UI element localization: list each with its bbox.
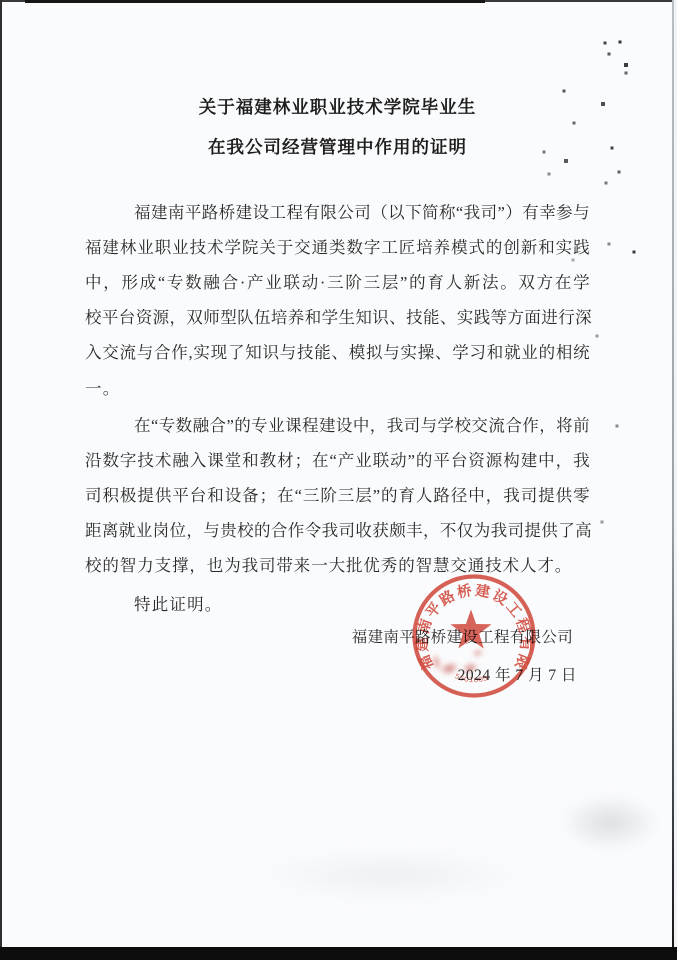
body-line: 沿数字技术融入课堂和教材；在“产业联动”的平台资源构建中，我 <box>85 444 590 478</box>
body-line: 入交流与合作,实现了知识与技能、模拟与实操、学习和就业的相统 <box>85 336 590 370</box>
body-line: 司积极提供平台和设备；在“三阶三层”的育人路径中，我司提供零 <box>85 479 590 513</box>
body-line: 在“专数融合”的专业课程建设中，我司与学校交流合作，将前 <box>85 409 590 443</box>
document-title-line-1: 关于福建林业职业技术学院毕业生 <box>85 95 590 119</box>
body-line: 一。 <box>85 372 590 406</box>
body-line: 福建林业职业技术学院关于交通类数字工匠培养模式的创新和实践 <box>85 231 590 265</box>
scan-edge-left <box>0 0 2 948</box>
body-line: 校平台资源，双师型队伍培养和学生知识、技能、实践等方面进行深 <box>85 301 590 335</box>
scan-edge-top-dark <box>25 0 485 3</box>
body-line: 中，形成“专数融合·产业联动·三阶三层”的育人新法。双方在学 <box>85 266 590 300</box>
scan-smudge-bottom-center <box>250 850 530 900</box>
scan-edge-right <box>672 0 674 948</box>
scanned-certificate-page: 关于福建林业职业技术学院毕业生 在我公司经营管理中作用的证明 福建南平路桥建设工… <box>0 0 677 960</box>
document-title-line-2: 在我公司经营管理中作用的证明 <box>85 135 590 159</box>
body-line: 福建南平路桥建设工程有限公司（以下简称“我司”）有幸参与 <box>85 196 590 230</box>
scan-edge-bottom <box>0 947 677 960</box>
scan-smudge-bottom-right <box>560 795 660 850</box>
body-line: 距离就业岗位，与贵校的合作令我司收获颇丰，不仅为我司提供了高 <box>85 514 590 548</box>
